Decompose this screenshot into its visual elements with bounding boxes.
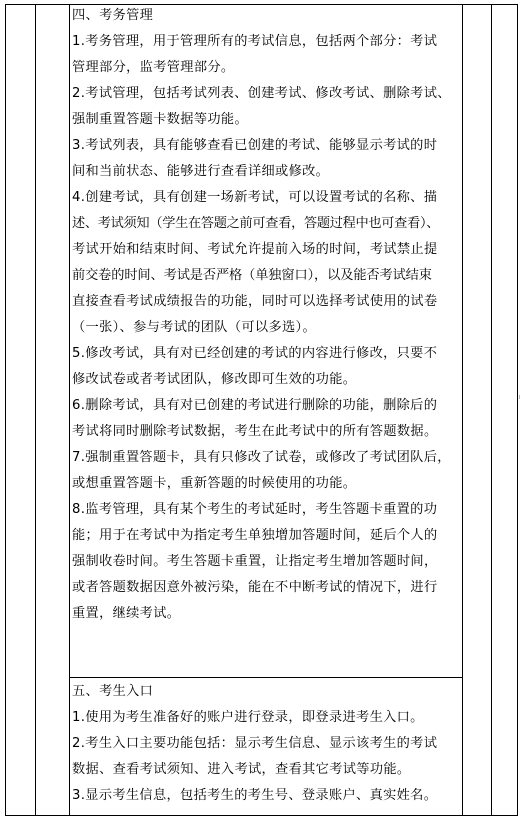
column-divider-4 xyxy=(491,5,492,815)
paragraph-line: （一张）、参与考试的团队（可以多选）。 xyxy=(72,316,463,342)
paragraph-line: 3.考试列表，具有能够查看已创建的考试、能够显示考试的时 xyxy=(72,134,463,160)
paragraph-line: 前交卷的时间、考试是否严格（单独窗口），以及能否考试结束 xyxy=(72,264,463,290)
paragraph-line: 或者答题数据因意外被污染，能在不中断考试的情况下，进行 xyxy=(72,576,463,602)
paragraph-line: 管理部分，监考管理部分。 xyxy=(72,56,463,82)
paragraph-line: 能；用于在考试中为指定考生单独增加答题时间，延后个人的 xyxy=(72,524,463,550)
paragraph-line: 述、考试须知（学生在答题之前可查看，答题过程中也可查看）、 xyxy=(72,212,463,238)
requirements-table: 四、考务管理 1.考务管理，用于管理所有的考试信息，包括两个部分：考试 管理部分… xyxy=(5,4,518,816)
paragraph-line: 8.监考管理，具有某个考生的考试延时，考生答题卡重置的功 xyxy=(72,498,463,524)
column-divider-1 xyxy=(35,5,36,815)
paragraph-line: 5.修改考试，具有对已经创建的考试的内容进行修改，只要不 xyxy=(72,342,463,368)
paragraph-line: 直接查看考试成绩报告的功能，同时可以选择考试使用的试卷 xyxy=(72,290,463,316)
margin-mark xyxy=(519,395,520,399)
paragraph-line: 重置，继续考试。 xyxy=(72,602,463,628)
paragraph-line: 4.创建考试，具有创建一场新考试，可以设置考试的名称、描 xyxy=(72,186,463,212)
paragraph-line: 间和当前状态、能够进行查看详细或修改。 xyxy=(72,160,463,186)
paragraph-line: 修改试卷或者考试团队，修改即可生效的功能。 xyxy=(72,368,463,394)
paragraph-line: 2.考生入口主要功能包括：显示考生信息、显示该考生的考试 xyxy=(72,732,463,758)
paragraph-line: 1.考务管理，用于管理所有的考试信息，包括两个部分：考试 xyxy=(72,30,463,56)
paragraph-line: 6.删除考试，具有对已创建的考试进行删除的功能，删除后的 xyxy=(72,394,463,420)
paragraph-line: 7.强制重置答题卡，具有只修改了试卷，或修改了考试团队后， xyxy=(72,446,463,472)
section-divider xyxy=(69,677,462,678)
section-heading: 四、考务管理 xyxy=(72,4,463,30)
paragraph-line: 1.使用为考生准备好的账户进行登录，即登录进考生入口。 xyxy=(72,706,463,732)
paragraph-line: 数据、查看考试须知、进入考试，查看其它考试等功能。 xyxy=(72,758,463,784)
section-exam-management: 四、考务管理 1.考务管理，用于管理所有的考试信息，包括两个部分：考试 管理部分… xyxy=(70,4,463,628)
paragraph-line: 3.显示考生信息，包括考生的考生号、登录账户、真实姓名。 xyxy=(72,784,463,810)
section-candidate-entry: 五、考生入口 1.使用为考生准备好的账户进行登录，即登录进考生入口。 2.考生入… xyxy=(70,680,463,810)
paragraph-line: 考试将同时删除考试数据，考生在此考试中的所有答题数据。 xyxy=(72,420,463,446)
paragraph-line: 2.考试管理，包括考试列表、创建考试、修改考试、删除考试、 xyxy=(72,82,463,108)
paragraph-line: 强制收卷时间。考生答题卡重置，让指定考生增加答题时间， xyxy=(72,550,463,576)
paragraph-line: 强制重置答题卡数据等功能。 xyxy=(72,108,463,134)
paragraph-line: 或想重置答题卡，重新答题的时候使用的功能。 xyxy=(72,472,463,498)
paragraph-line: 考试开始和结束时间、考试允许提前入场的时间，考试禁止提 xyxy=(72,238,463,264)
section-heading: 五、考生入口 xyxy=(72,680,463,706)
